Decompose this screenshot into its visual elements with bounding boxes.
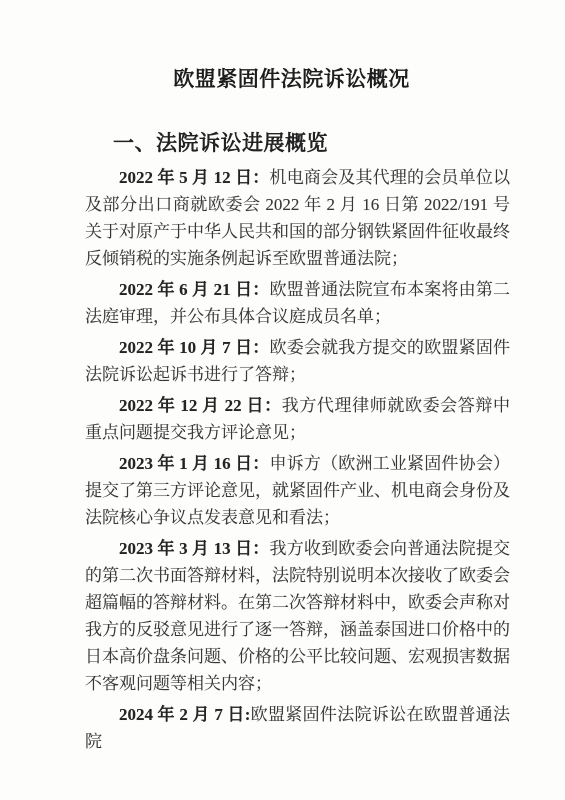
timeline-entry: 2022 年 10 月 7 日：欧委会就我方提交的欧盟紧固件法院诉讼起诉书进行了… <box>85 334 510 388</box>
section-heading: 一、法院诉讼进展概览 <box>85 132 510 156</box>
timeline-body: 2022 年 5 月 12 日：机电商会及其代理的会员单位以及部分出口商就欧委会… <box>0 164 565 755</box>
timeline-entry: 2024 年 2 月 7 日:欧盟紧固件法院诉讼在欧盟普通法院 <box>85 701 510 755</box>
entry-date: 2023 年 3 月 13 日： <box>119 539 270 558</box>
timeline-entry: 2022 年 5 月 12 日：机电商会及其代理的会员单位以及部分出口商就欧委会… <box>85 164 510 272</box>
entry-text: 我方收到欧委会向普通法院提交的第二次书面答辩材料，法院特别说明本次接收了欧委会超… <box>85 539 510 693</box>
entry-date: 2022 年 5 月 12 日： <box>119 168 270 187</box>
document-page: 欧盟紧固件法院诉讼概况 一、法院诉讼进展概览 2022 年 5 月 12 日：机… <box>0 0 565 800</box>
document-title: 欧盟紧固件法院诉讼概况 <box>0 66 565 94</box>
entry-date: 2023 年 1 月 16 日： <box>119 454 270 473</box>
entry-date: 2022 年 6 月 21 日： <box>119 280 270 299</box>
timeline-entry: 2022 年 6 月 21 日：欧盟普通法院宣布本案将由第二法庭审理，并公布具体… <box>85 276 510 330</box>
timeline-entry: 2023 年 3 月 13 日：我方收到欧委会向普通法院提交的第二次书面答辩材料… <box>85 535 510 697</box>
timeline-entry: 2022 年 12 月 22 日：我方代理律师就欧委会答辩中重点问题提交我方评论… <box>85 392 510 446</box>
timeline-entry: 2023 年 1 月 16 日：申诉方（欧洲工业紧固件协会）提交了第三方评论意见… <box>85 450 510 531</box>
entry-date: 2024 年 2 月 7 日: <box>119 705 250 724</box>
entry-date: 2022 年 10 月 7 日： <box>119 338 270 357</box>
entry-date: 2022 年 12 月 22 日： <box>119 396 282 415</box>
